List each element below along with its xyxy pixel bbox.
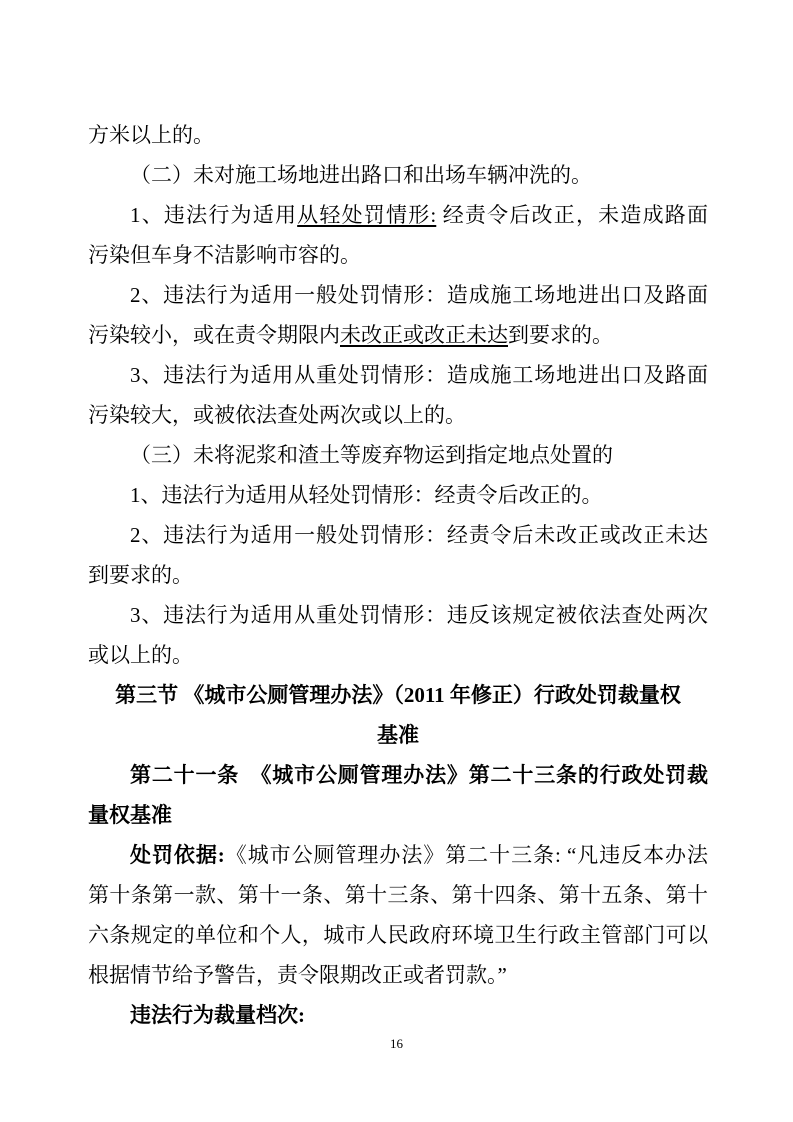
text-line: 3、违法行为适用从重处罚情形：违反该规定被依法查处两次	[88, 595, 708, 635]
text-run: 2、违法行为适用一般处罚情形：造成施工场地进出口及路面	[130, 283, 708, 307]
document-page: 方米以上的。 （二）未对施工场地进出路口和出场车辆冲洗的。 1、违法行为适用从轻…	[0, 0, 793, 1122]
text-run: 经责令后改正，未造成路面	[436, 203, 708, 227]
text-line: 污染但车身不洁影响市容的。	[88, 235, 708, 275]
text-run: （三）未将泥浆和渣土等废弃物运到指定地点处置的	[130, 443, 613, 467]
text-line: 处罚依据:《城市公厕管理办法》第二十三条: “凡违反本办法	[88, 835, 708, 875]
section-heading-line: 基准	[88, 715, 708, 755]
text-run: 污染较大，或被依法查处两次或以上的。	[88, 403, 466, 427]
heading-text: 量权基准	[88, 803, 172, 827]
text-run: 到要求的。	[88, 563, 193, 587]
page-number: 16	[0, 1036, 793, 1052]
text-line: 方米以上的。	[88, 115, 708, 155]
text-line: （三）未将泥浆和渣土等废弃物运到指定地点处置的	[88, 435, 708, 475]
text-run: 《城市公厕管理办法》第二十三条: “凡违反本办法	[225, 843, 708, 867]
text-run: 或以上的。	[88, 643, 193, 667]
heading-text: 第二十一条 《城市公厕管理办法》第二十三条的行政处罚裁	[130, 763, 708, 787]
text-line: 到要求的。	[88, 555, 708, 595]
text-run: 1、违法行为适用从轻处罚情形：经责令后改正的。	[130, 483, 603, 507]
text-line: 3、违法行为适用从重处罚情形：造成施工场地进出口及路面	[88, 355, 708, 395]
text-run: 污染较小，或在责令期限内	[88, 323, 340, 347]
text-line: （二）未对施工场地进出路口和出场车辆冲洗的。	[88, 155, 708, 195]
heading-text: 第三节 《城市公厕管理办法》（2011 年修正）行政处罚裁量权	[115, 683, 681, 707]
text-run: 第十条第一款、第十一条、第十三条、第十四条、第十五条、第十	[88, 883, 708, 907]
text-run: 根据情节给予警告，责令限期改正或者罚款。”	[88, 963, 507, 987]
heading-text: 基准	[377, 723, 419, 747]
section-heading-line: 第三节 《城市公厕管理办法》（2011 年修正）行政处罚裁量权	[88, 675, 708, 715]
text-line: 根据情节给予警告，责令限期改正或者罚款。”	[88, 955, 708, 995]
text-run: 3、违法行为适用从重处罚情形：造成施工场地进出口及路面	[130, 363, 708, 387]
text-run: 方米以上的。	[88, 123, 214, 147]
article-heading-line: 第二十一条 《城市公厕管理办法》第二十三条的行政处罚裁	[88, 755, 708, 795]
text-run: （二）未对施工场地进出路口和出场车辆冲洗的。	[130, 163, 592, 187]
text-run: 1、违法行为适用	[130, 203, 297, 227]
document-text-block: 方米以上的。 （二）未对施工场地进出路口和出场车辆冲洗的。 1、违法行为适用从轻…	[88, 115, 708, 1035]
text-run: 污染但车身不洁影响市容的。	[88, 243, 361, 267]
text-line: 六条规定的单位和个人，城市人民政府环境卫生行政主管部门可以	[88, 915, 708, 955]
text-run: 2、违法行为适用一般处罚情形：经责令后未改正或改正未达	[130, 523, 708, 547]
text-run: 到要求的。	[508, 323, 613, 347]
heading-text: 违法行为裁量档次:	[130, 1003, 305, 1027]
bold-label-line: 违法行为裁量档次:	[88, 995, 708, 1035]
bold-lead-label: 处罚依据:	[130, 843, 225, 867]
text-line: 2、违法行为适用一般处罚情形：经责令后未改正或改正未达	[88, 515, 708, 555]
text-run: 六条规定的单位和个人，城市人民政府环境卫生行政主管部门可以	[88, 923, 708, 947]
text-line: 1、违法行为适用从轻处罚情形: 经责令后改正，未造成路面	[88, 195, 708, 235]
underlined-phrase: 未改正或改正未达	[340, 323, 508, 347]
text-line: 第十条第一款、第十一条、第十三条、第十四条、第十五条、第十	[88, 875, 708, 915]
text-line: 或以上的。	[88, 635, 708, 675]
text-line: 污染较大，或被依法查处两次或以上的。	[88, 395, 708, 435]
text-line: 2、违法行为适用一般处罚情形：造成施工场地进出口及路面	[88, 275, 708, 315]
text-line: 1、违法行为适用从轻处罚情形：经责令后改正的。	[88, 475, 708, 515]
text-run: 3、违法行为适用从重处罚情形：违反该规定被依法查处两次	[130, 603, 708, 627]
article-heading-line: 量权基准	[88, 795, 708, 835]
text-line: 污染较小，或在责令期限内未改正或改正未达到要求的。	[88, 315, 708, 355]
underlined-phrase: 从轻处罚情形:	[297, 203, 436, 227]
